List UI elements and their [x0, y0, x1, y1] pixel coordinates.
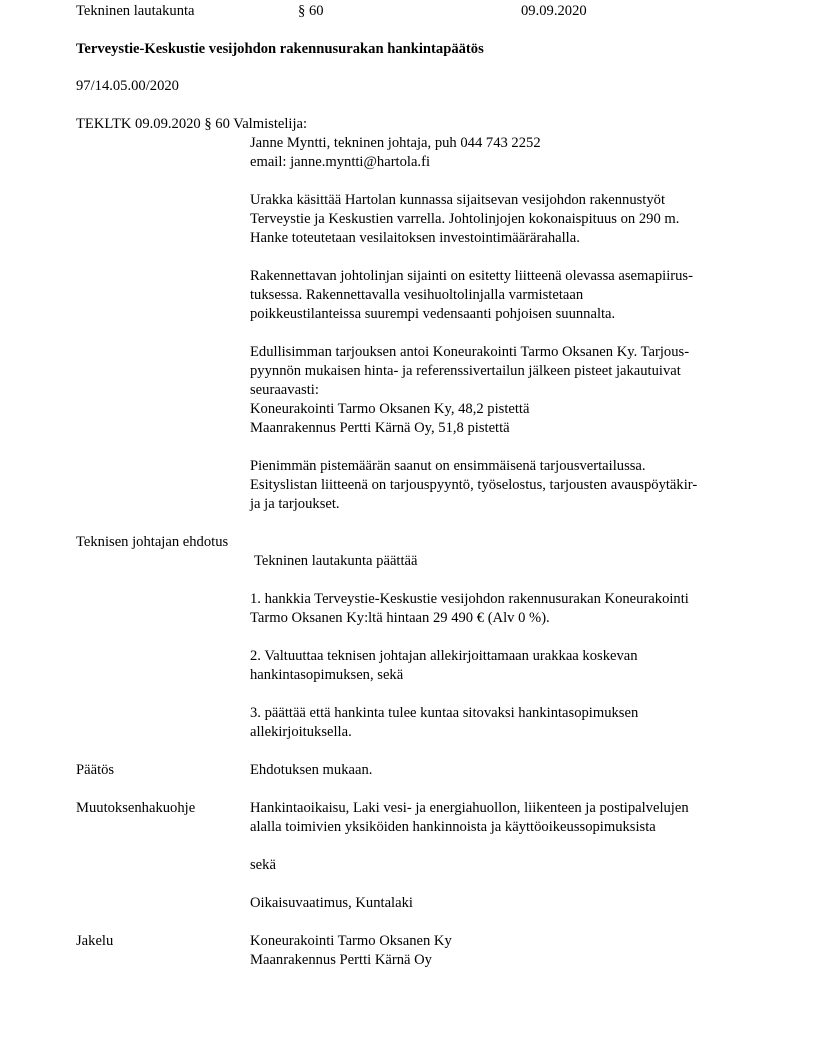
appeal-line: Hankintaoikaisu, Laki vesi- ja energiahu…: [250, 799, 689, 818]
text-line: Hanke toteutetaan vesilaitoksen investoi…: [250, 229, 580, 248]
bid-score: Maanrakennus Pertti Kärnä Oy, 51,8 piste…: [250, 419, 510, 438]
decision-label: Päätös: [76, 761, 114, 780]
document-title: Terveystie-Keskustie vesijohdon rakennus…: [76, 40, 484, 59]
decision-text: Ehdotuksen mukaan.: [250, 761, 372, 780]
text-line: tuksessa. Rakennettavalla vesihuoltolinj…: [250, 286, 583, 305]
proposal-label: Teknisen johtajan ehdotus: [76, 533, 228, 552]
text-line: poikkeustilanteissa suurempi vedensaanti…: [250, 305, 615, 324]
text-line: allekirjoituksella.: [250, 723, 352, 742]
proposal-intro: Tekninen lautakunta päättää: [254, 552, 418, 571]
section-number: § 60: [298, 2, 324, 21]
text-line: Urakka käsittää Hartolan kunnassa sijait…: [250, 191, 665, 210]
text-line: 2. Valtuuttaa teknisen johtajan allekirj…: [250, 647, 638, 666]
appeal-label: Muutoksenhakuohje: [76, 799, 195, 818]
text-line: seuraavasti:: [250, 381, 319, 400]
meeting-date: 09.09.2020: [521, 2, 587, 21]
appeal-line: alalla toimivien yksiköiden hankinnoista…: [250, 818, 656, 837]
text-line: 1. hankkia Terveystie-Keskustie vesijohd…: [250, 590, 689, 609]
text-line: ja ja tarjoukset.: [250, 495, 340, 514]
distribution-label: Jakelu: [76, 932, 113, 951]
text-line: Esityslistan liitteenä on tarjouspyyntö,…: [250, 476, 697, 495]
appeal-conjunction: sekä: [250, 856, 276, 875]
bid-score: Koneurakointi Tarmo Oksanen Ky, 48,2 pis…: [250, 400, 529, 419]
text-line: Pienimmän pistemäärän saanut on ensimmäi…: [250, 457, 646, 476]
text-line: Edullisimman tarjouksen antoi Koneurakoi…: [250, 343, 689, 362]
preparation-label: TEKLTK 09.09.2020 § 60 Valmistelija:: [76, 115, 307, 134]
committee-name: Tekninen lautakunta: [76, 2, 195, 21]
text-line: Terveystie ja Keskustien varrella. Johto…: [250, 210, 679, 229]
preparer-email: email: janne.myntti@hartola.fi: [250, 153, 430, 172]
preparer-line: Janne Myntti, tekninen johtaja, puh 044 …: [250, 134, 541, 153]
text-line: 3. päättää että hankinta tulee kuntaa si…: [250, 704, 638, 723]
appeal-second: Oikaisuvaatimus, Kuntalaki: [250, 894, 413, 913]
record-number: 97/14.05.00/2020: [76, 77, 179, 96]
text-line: pyynnön mukaisen hinta- ja referenssiver…: [250, 362, 681, 381]
distribution-recipient: Koneurakointi Tarmo Oksanen Ky: [250, 932, 452, 951]
text-line: Tarmo Oksanen Ky:ltä hintaan 29 490 € (A…: [250, 609, 550, 628]
text-line: Rakennettavan johtolinjan sijainti on es…: [250, 267, 693, 286]
distribution-recipient: Maanrakennus Pertti Kärnä Oy: [250, 951, 432, 970]
text-line: hankintasopimuksen, sekä: [250, 666, 403, 685]
